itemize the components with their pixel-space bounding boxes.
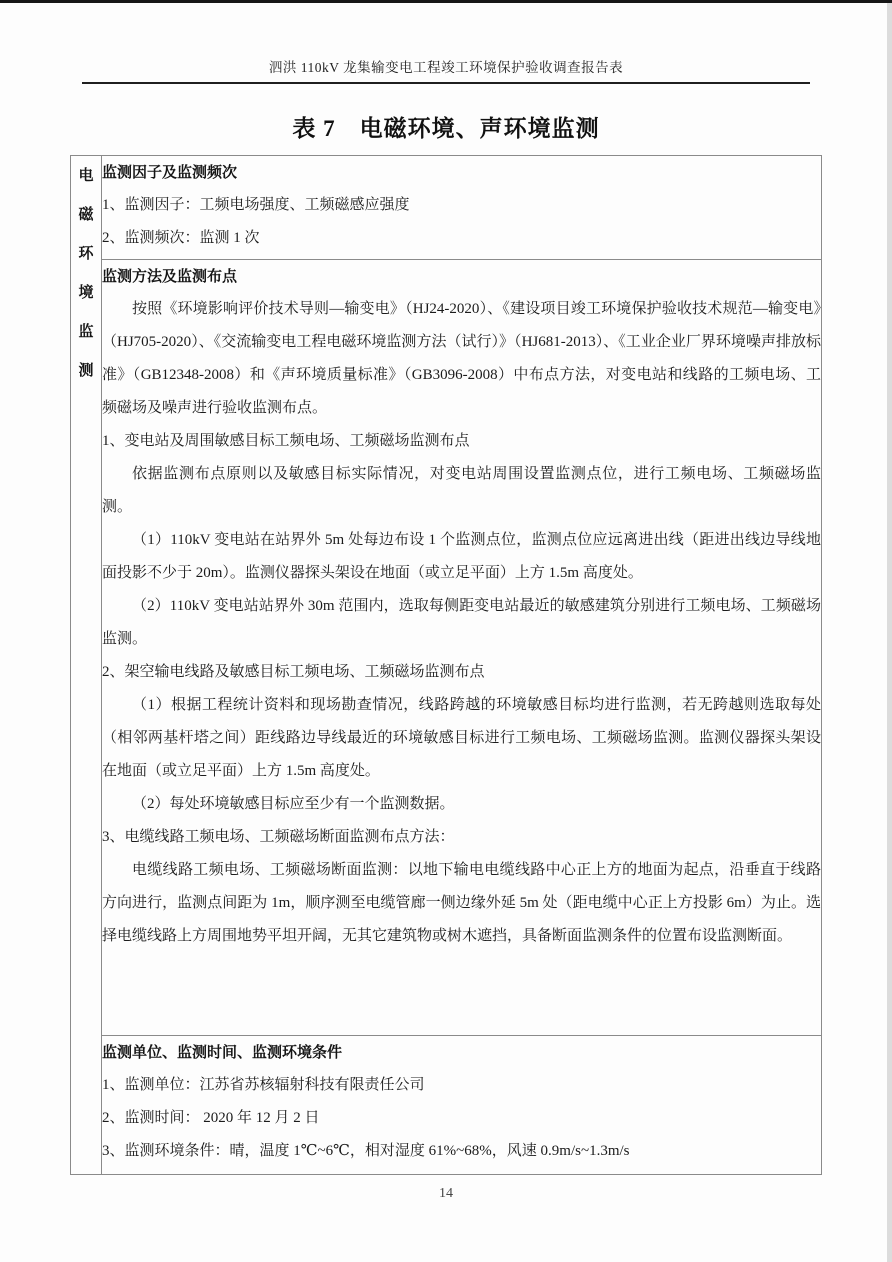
methods-paragraph: 电缆线路工频电场、工频磁场断面监测：以地下输电电缆线路中心正上方的地面为起点，沿… (102, 854, 821, 953)
factors-item: 1、监测因子：工频电场强度、工频磁感应强度 (102, 189, 821, 222)
methods-list-item: 2、架空输电线路及敏感目标工频电场、工频磁场监测布点 (102, 656, 821, 689)
scan-right-edge (887, 3, 892, 1262)
methods-list-item: 1、变电站及周围敏感目标工频电场、工频磁场监测布点 (102, 425, 821, 458)
methods-paragraph: （1）根据工程统计资料和现场勘查情况，线路跨越的环境敏感目标均进行监测，若无跨越… (102, 689, 821, 788)
conditions-item: 2、监测时间： 2020 年 12 月 2 日 (102, 1102, 821, 1135)
table-row: 监测方法及监测布点 按照《环境影响评价技术导则—输变电》（HJ24-2020）、… (71, 260, 822, 1036)
section-factors-heading: 监测因子及监测频次 (102, 156, 821, 189)
methods-paragraph: （1）110kV 变电站在站界外 5m 处每边布设 1 个监测点位，监测点位应远… (102, 524, 821, 590)
methods-paragraph: （2）110kV 变电站站界外 30m 范围内，选取每侧距变电站最近的敏感建筑分… (102, 590, 821, 656)
table-row: 监测单位、监测时间、监测环境条件 1、监测单位：江苏省苏核辐射科技有限责任公司 … (71, 1036, 822, 1175)
document-header-title: 泗洪 110kV 龙集输变电工程竣工环境保护验收调查报告表 (82, 56, 810, 76)
document-page: 泗洪 110kV 龙集输变电工程竣工环境保护验收调查报告表 表 7 电磁环境、声… (0, 0, 892, 1262)
methods-paragraph: 按照《环境影响评价技术导则—输变电》（HJ24-2020）、《建设项目竣工环境保… (102, 293, 821, 425)
methods-paragraph: （2）每处环境敏感目标应至少有一个监测数据。 (102, 788, 821, 821)
section-methods-heading: 监测方法及监测布点 (102, 260, 821, 293)
section-methods-cell: 监测方法及监测布点 按照《环境影响评价技术导则—输变电》（HJ24-2020）、… (102, 260, 822, 1036)
page-title: 表 7 电磁环境、声环境监测 (0, 110, 892, 143)
conditions-item: 1、监测单位：江苏省苏核辐射科技有限责任公司 (102, 1069, 821, 1102)
section-factors-cell: 监测因子及监测频次 1、监测因子：工频电场强度、工频磁感应强度 2、监测频次：监… (102, 156, 822, 260)
section-conditions-heading: 监测单位、监测时间、监测环境条件 (102, 1036, 821, 1069)
header-rule (82, 82, 810, 84)
methods-paragraph: 依据监测布点原则以及敏感目标实际情况，对变电站周围设置监测点位，进行工频电场、工… (102, 458, 821, 524)
table-row: 电磁环境监测 监测因子及监测频次 1、监测因子：工频电场强度、工频磁感应强度 2… (71, 156, 822, 260)
section-conditions-cell: 监测单位、监测时间、监测环境条件 1、监测单位：江苏省苏核辐射科技有限责任公司 … (102, 1036, 822, 1175)
row-label-cell: 电磁环境监测 (71, 156, 102, 1175)
monitoring-table: 电磁环境监测 监测因子及监测频次 1、监测因子：工频电场强度、工频磁感应强度 2… (70, 155, 822, 1175)
page-number: 14 (0, 1186, 892, 1202)
scan-top-edge (0, 0, 892, 3)
conditions-item: 3、监测环境条件：晴，温度 1℃~6℃，相对湿度 61%~68%，风速 0.9m… (102, 1135, 821, 1168)
factors-item: 2、监测频次：监测 1 次 (102, 222, 821, 255)
methods-list-item: 3、电缆线路工频电场、工频磁场断面监测布点方法： (102, 821, 821, 854)
row-label-vertical-text: 电磁环境监测 (79, 156, 94, 390)
